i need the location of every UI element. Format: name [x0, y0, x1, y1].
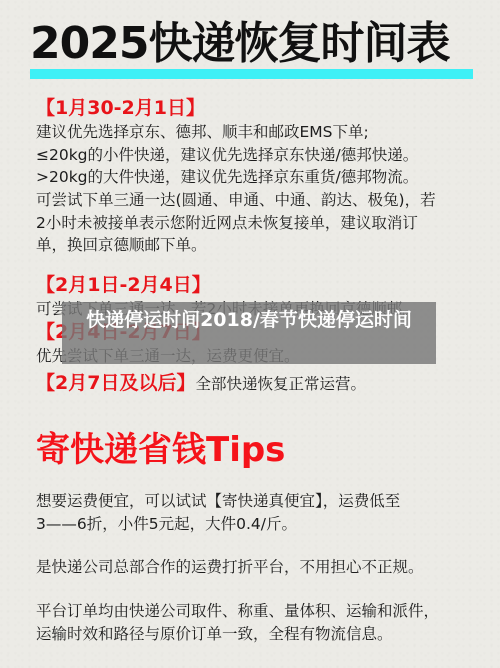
section-heading-4: 【2月7日及以后】全部快递恢复正常运营。: [36, 371, 366, 396]
poster-title: 2025快递恢复时间表: [30, 18, 449, 70]
section-heading-1: 【1月30-2月1日】: [36, 96, 205, 120]
section-heading-2: 【2月1日-2月4日】: [36, 273, 211, 297]
section-1-line: >20kg的大件快递，建议优先选择京东重货/德邦物流。: [36, 166, 418, 189]
caption-overlay-text: 快递停运时间2018/春节快递停运时间: [62, 307, 436, 333]
caption-overlay: 快递停运时间2018/春节快递停运时间: [62, 302, 436, 364]
section-1-line: 单，换回京德顺邮下单。: [36, 234, 207, 257]
title-underline: [30, 69, 473, 79]
tips-line: 运输时效和路径与原价订单一致，全程有物流信息。: [36, 623, 393, 646]
tips-line: 3——6折，小件5元起，大件0.4/斤。: [36, 513, 297, 536]
tips-line: 是快递公司总部合作的运费打折平台，不用担心不正规。: [36, 556, 424, 579]
section-4-heading-label: 【2月7日及以后】: [36, 372, 195, 394]
section-1-line: ≤20kg的小件快递，建议优先选择京东快递/德邦快递。: [36, 144, 418, 167]
tips-line: 平台订单均由快递公司取件、称重、量体积、运输和派件，: [36, 600, 439, 623]
section-1-line: 可尝试下单三通一达(圆通、申通、中通、韵达、极兔)，若: [36, 189, 436, 212]
section-4-inline-text: 全部快递恢复正常运营。: [195, 375, 366, 393]
section-1-line: 建议优先选择京东、德邦、顺丰和邮政EMS下单;: [36, 121, 369, 144]
section-1-line: 2小时未被接单表示您附近网点未恢复接单，建议取消订: [36, 212, 418, 235]
tips-title: 寄快递省钱Tips: [36, 430, 285, 470]
tips-line: 想要运费便宜，可以试试【寄快递真便宜】，运费低至: [36, 490, 400, 513]
